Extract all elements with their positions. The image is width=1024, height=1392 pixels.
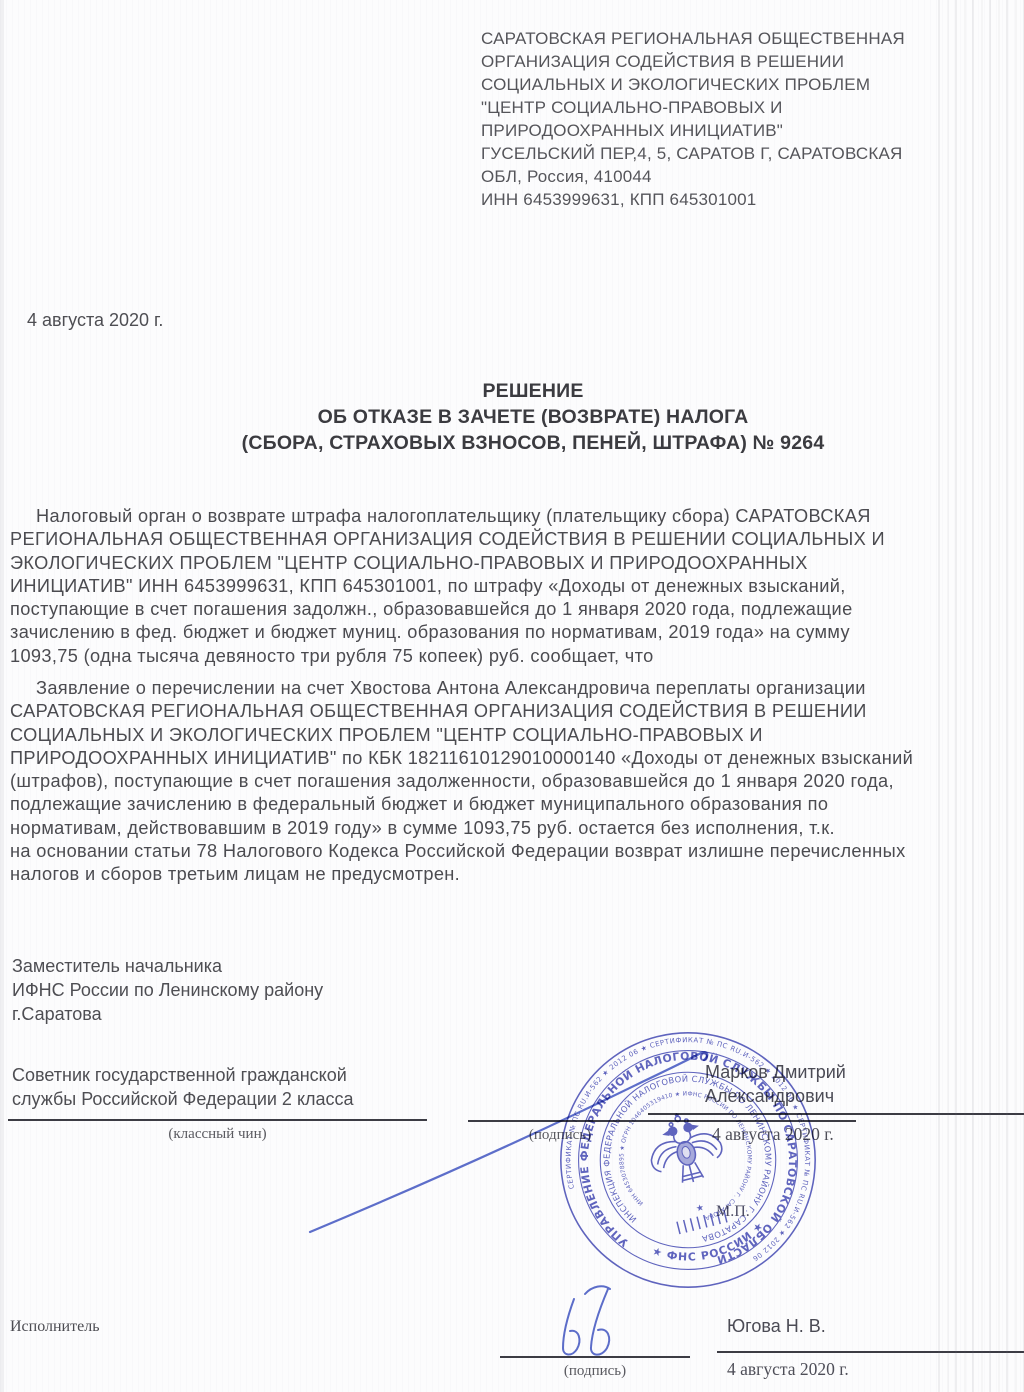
double-headed-eagle-icon: [642, 1104, 729, 1190]
class-rank-line: [8, 1119, 427, 1121]
executor-name: Югова Н. В.: [727, 1316, 826, 1337]
executor-date-line: [717, 1351, 1024, 1353]
document-title: РЕШЕНИЕ ОБ ОТКАЗЕ В ЗАЧЕТЕ (ВОЗВРАТЕ) НА…: [40, 378, 1024, 456]
class-rank-caption: (классный чин): [8, 1126, 427, 1143]
taxpayer-address-block: САРАТОВСКАЯ РЕГИОНАЛЬНАЯ ОБЩЕСТВЕННАЯ ОР…: [481, 27, 1016, 211]
official-stamp: СЕРТИФИКАТ № ПС RU.И-562 ★ 2012 06 ★ СЕР…: [550, 1022, 826, 1298]
executor-signature-line: [500, 1356, 690, 1358]
stamp-center-star: ★: [695, 1203, 705, 1215]
document-date: 4 августа 2020 г.: [27, 310, 163, 331]
scanned-tax-decision-document: САРАТОВСКАЯ РЕГИОНАЛЬНАЯ ОБЩЕСТВЕННАЯ ОР…: [0, 0, 1024, 1392]
signer-class-rank: Советник государственной гражданской слу…: [12, 1063, 354, 1111]
signer-position: Заместитель начальника ИФНС России по Ле…: [12, 954, 323, 1027]
executor-label: Исполнитель: [10, 1318, 100, 1336]
body-paragraph-2: Заявление о перечислении на счет Хвостов…: [10, 677, 1016, 887]
executor-date: 4 августа 2020 г.: [727, 1359, 849, 1380]
scan-edge-artifact: [0, 0, 4, 1392]
body-paragraph-1: Налоговый орган о возврате штрафа налого…: [10, 505, 1016, 668]
executor-signature-caption: (подпись): [500, 1363, 690, 1380]
